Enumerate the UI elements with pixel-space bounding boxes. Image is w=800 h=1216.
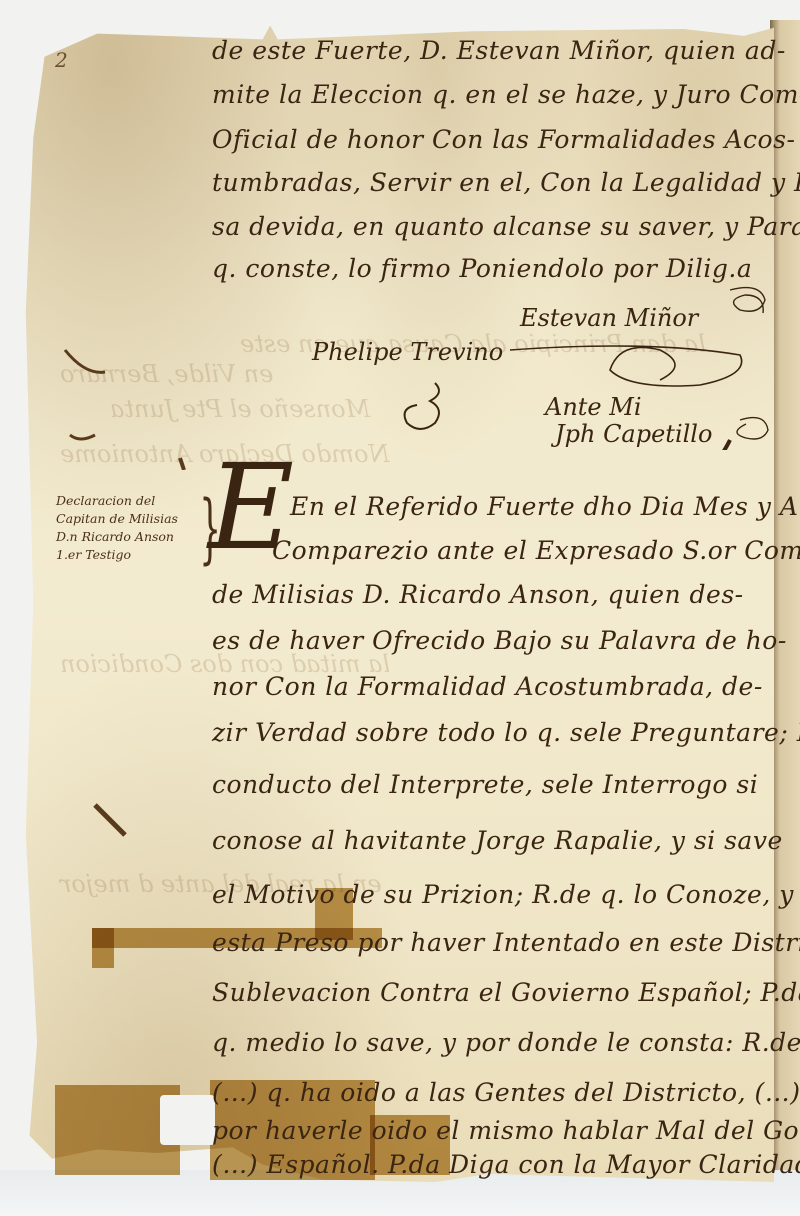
folio-number: 2 <box>55 48 68 72</box>
signature-rubric <box>395 378 455 438</box>
text-line: por haverle oido el mismo hablar Mal del… <box>212 1116 800 1145</box>
text-line: Sublevacion Contra el Govierno Español; … <box>212 978 800 1007</box>
repair-tape-corner <box>92 928 114 968</box>
stray-ink-mark <box>85 800 145 840</box>
text-line: es de haver Ofrecido Bajo su Palavra de … <box>212 626 787 655</box>
text-line: de este Fuerte, D. Estevan Miñor, quien … <box>212 36 786 65</box>
stray-ink-marks <box>60 340 220 470</box>
text-line: Comparezio ante el Expresado S.or Com.te… <box>272 536 800 565</box>
text-line: (…) q. ha oido a las Gentes del District… <box>212 1078 800 1107</box>
margin-note-line: D.n Ricardo Anson <box>56 528 206 546</box>
text-line: sa devida, en quanto alcanse su saver, y… <box>212 212 800 241</box>
text-line: mite la Eleccion q. en el se haze, y Jur… <box>212 80 800 109</box>
text-line: zir Verdad sobre todo lo q. sele Pregunt… <box>212 718 800 747</box>
text-line: Oficial de honor Con las Formalidades Ac… <box>212 125 795 154</box>
text-line: (…) Español. P.da Diga con la Mayor Clar… <box>212 1150 800 1179</box>
text-line: q. conste, lo firmo Poniendolo por Dilig… <box>212 254 752 283</box>
margin-note-line: Declaracion del <box>56 492 206 510</box>
text-line: nor Con la Formalidad Acostumbrada, de- <box>212 672 763 701</box>
margin-note-line: 1.er Testigo <box>56 546 206 564</box>
text-line: esta Preso por haver Intentado en este D… <box>212 928 800 957</box>
text-line: q. medio lo save, y por donde le consta:… <box>212 1028 800 1057</box>
text-line: de Milisias D. Ricardo Anson, quien des- <box>212 580 744 609</box>
margin-note: Declaracion del Capitan de Milisias D.n … <box>56 492 206 564</box>
text-line: conducto del Interprete, sele Interrogo … <box>212 770 758 799</box>
signature-phelipe-trevino: Phelipe Trevino <box>312 338 503 366</box>
paper-loss-hole <box>160 1095 215 1145</box>
signature-flourish <box>500 280 780 450</box>
text-line: conose al havitante Jorge Rapalie, y si … <box>212 826 783 855</box>
margin-note-line: Capitan de Milisias <box>56 510 206 528</box>
text-line: En el Referido Fuerte dho Dia Mes y Año, <box>290 492 800 521</box>
text-line: el Motivo de su Prizion; R.de q. lo Cono… <box>212 880 800 909</box>
text-line: tumbradas, Servir en el, Con la Legalida… <box>212 168 800 197</box>
